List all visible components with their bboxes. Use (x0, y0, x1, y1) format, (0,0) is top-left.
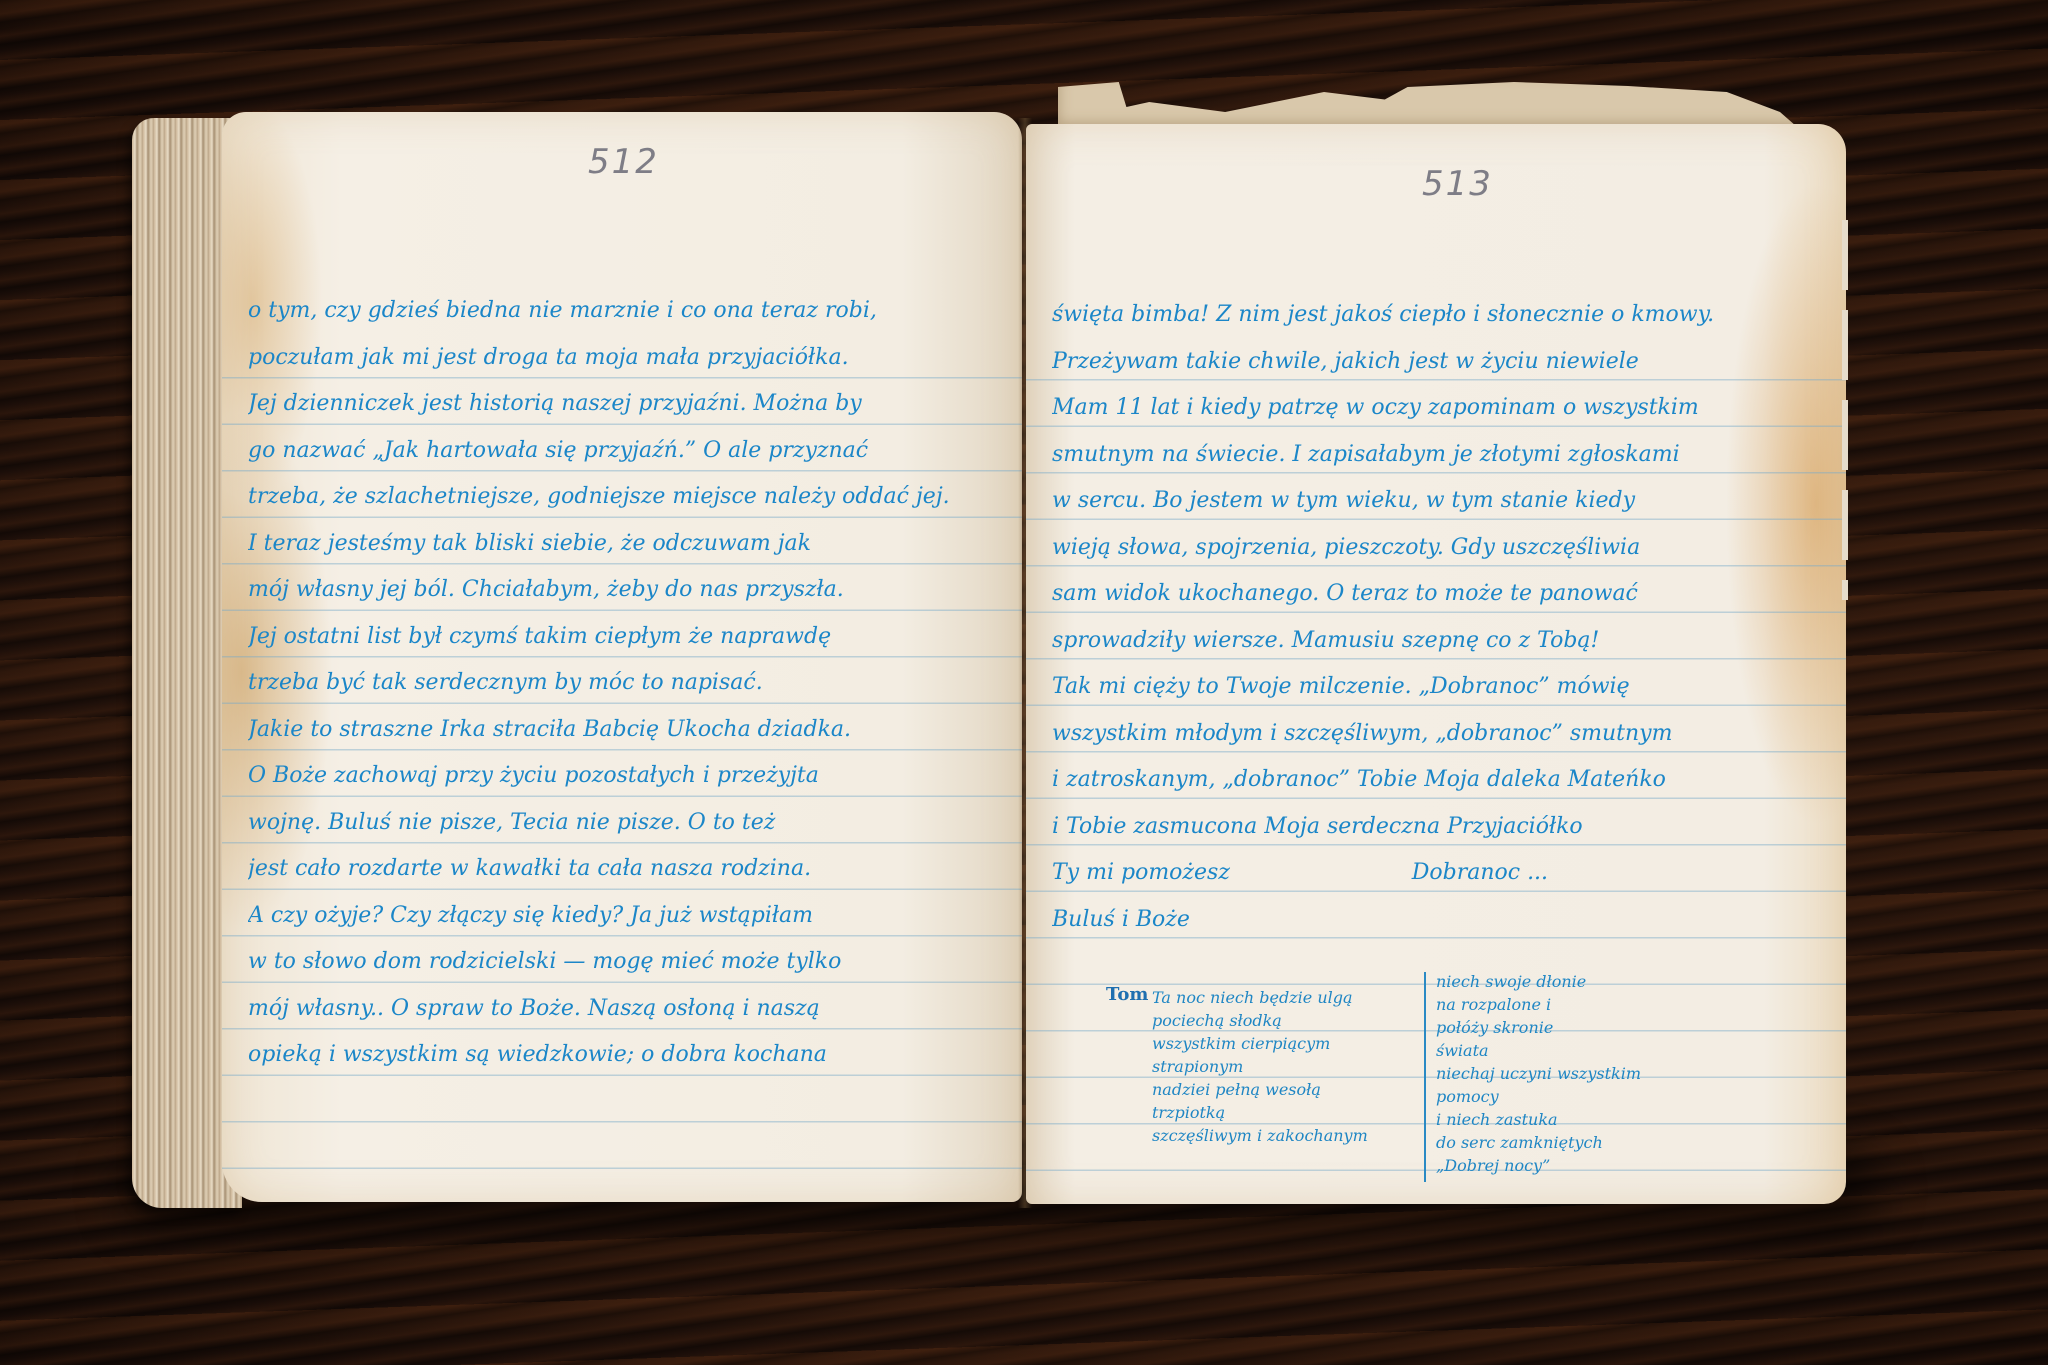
text-line: I teraz jesteśmy tak bliski siebie, że o… (248, 521, 1008, 568)
poem-line: niech swoje dłonie (1436, 970, 1641, 993)
page-number: 512 (588, 142, 659, 182)
text-line: O Boże zachowaj przy życiu pozostałych i… (248, 753, 1008, 800)
poem-line: strapionym (1152, 1055, 1368, 1078)
text-line: jest cało rozdarte w kawałki ta cała nas… (248, 846, 1008, 893)
text-line: opieką i wszystkim są wiedzkowie; o dobr… (248, 1032, 1008, 1079)
text-line: sam widok ukochanego. O teraz to może te… (1052, 571, 1812, 618)
poem-line: „Dobrej nocy” (1436, 1154, 1641, 1177)
text-line: wszystkim młodym i szczęśliwym, „dobrano… (1052, 711, 1812, 758)
text-line: trzeba być tak serdecznym by móc to napi… (248, 660, 1008, 707)
poem-line: nadziei pełną wesołą (1152, 1078, 1368, 1101)
text-line: trzeba, że szlachetniejsze, godniejsze m… (248, 474, 1008, 521)
poem-line: trzpiotką (1152, 1101, 1368, 1124)
poem-line: i niech zastuka (1436, 1108, 1641, 1131)
text-line: mój własny.. O spraw to Boże. Naszą osło… (248, 986, 1008, 1033)
text-line: A czy ożyje? Czy złączy się kiedy? Ja ju… (248, 893, 1008, 940)
text-line: Buluś i Boże (1052, 897, 1812, 944)
text-line: i zatroskanym, „dobranoc” Tobie Moja dal… (1052, 757, 1812, 804)
text-line: wojnę. Buluś nie pisze, Tecia nie pisze.… (248, 800, 1008, 847)
poem-line: szczęśliwym i zakochanym (1152, 1124, 1368, 1147)
text-line: go nazwać „Jak hartowała się przyjaźń.” … (248, 428, 1008, 475)
page-edge-tabs (1842, 220, 1848, 600)
handwritten-text: o tym, czy gdzieś biedna nie marznie i c… (248, 288, 1008, 1079)
poem-column-right: niech swoje dłonie na rozpalone i połóży… (1436, 970, 1641, 1177)
poem-line: pomocy (1436, 1085, 1641, 1108)
poem-line: połóży skronie (1436, 1016, 1641, 1039)
text-line: Przeżywam takie chwile, jakich jest w ży… (1052, 339, 1812, 386)
text-line: sprowadziły wiersze. Mamusiu szepnę co z… (1052, 618, 1812, 665)
poem-mark: Tom (1106, 984, 1148, 1005)
handwritten-text: święta bimba! Z nim jest jakoś ciepło i … (1052, 292, 1812, 943)
text-line: smutnym na świecie. I zapisałabym je zło… (1052, 432, 1812, 479)
text-line: Ty mi pomożesz Dobranoc ... (1052, 850, 1812, 897)
text-line: wieją słowa, spojrzenia, pieszczoty. Gdy… (1052, 525, 1812, 572)
text-line: poczułam jak mi jest droga ta moja mała … (248, 335, 1008, 382)
text-line: Jej ostatni list był czymś takim ciepłym… (248, 614, 1008, 661)
text-line: mój własny jej ból. Chciałabym, żeby do … (248, 567, 1008, 614)
poem-column-left: Ta noc niech będzie ulgą pociechą słodką… (1152, 986, 1368, 1147)
poem-line: świata (1436, 1039, 1641, 1062)
page-number: 513 (1422, 164, 1493, 204)
text-line: w to słowo dom rodzicielski — mogę mieć … (248, 939, 1008, 986)
text-line: o tym, czy gdzieś biedna nie marznie i c… (248, 288, 1008, 335)
text-line: święta bimba! Z nim jest jakoś ciepło i … (1052, 292, 1812, 339)
left-page: 512 o tym, czy gdzieś biedna nie marznie… (222, 112, 1022, 1202)
poem-divider (1424, 972, 1426, 1182)
poem-line: pociechą słodką (1152, 1009, 1368, 1032)
poem-line: do serc zamkniętych (1436, 1131, 1641, 1154)
poem-line: wszystkim cierpiącym (1152, 1032, 1368, 1055)
right-page: 513 święta bimba! Z nim jest jakoś ciepł… (1026, 124, 1846, 1204)
poem-line: na rozpalone i (1436, 993, 1641, 1016)
text-line: Jakie to straszne Irka straciła Babcię U… (248, 707, 1008, 754)
text-line: Mam 11 lat i kiedy patrzę w oczy zapomin… (1052, 385, 1812, 432)
text-line: w sercu. Bo jestem w tym wieku, w tym st… (1052, 478, 1812, 525)
text-line: i Tobie zasmucona Moja serdeczna Przyjac… (1052, 804, 1812, 851)
text-line: Jej dzienniczek jest historią naszej prz… (248, 381, 1008, 428)
text-line: Tak mi cięży to Twoje milczenie. „Dobran… (1052, 664, 1812, 711)
poem-line: niechaj uczyni wszystkim (1436, 1062, 1641, 1085)
poem-line: Ta noc niech będzie ulgą (1152, 986, 1368, 1009)
